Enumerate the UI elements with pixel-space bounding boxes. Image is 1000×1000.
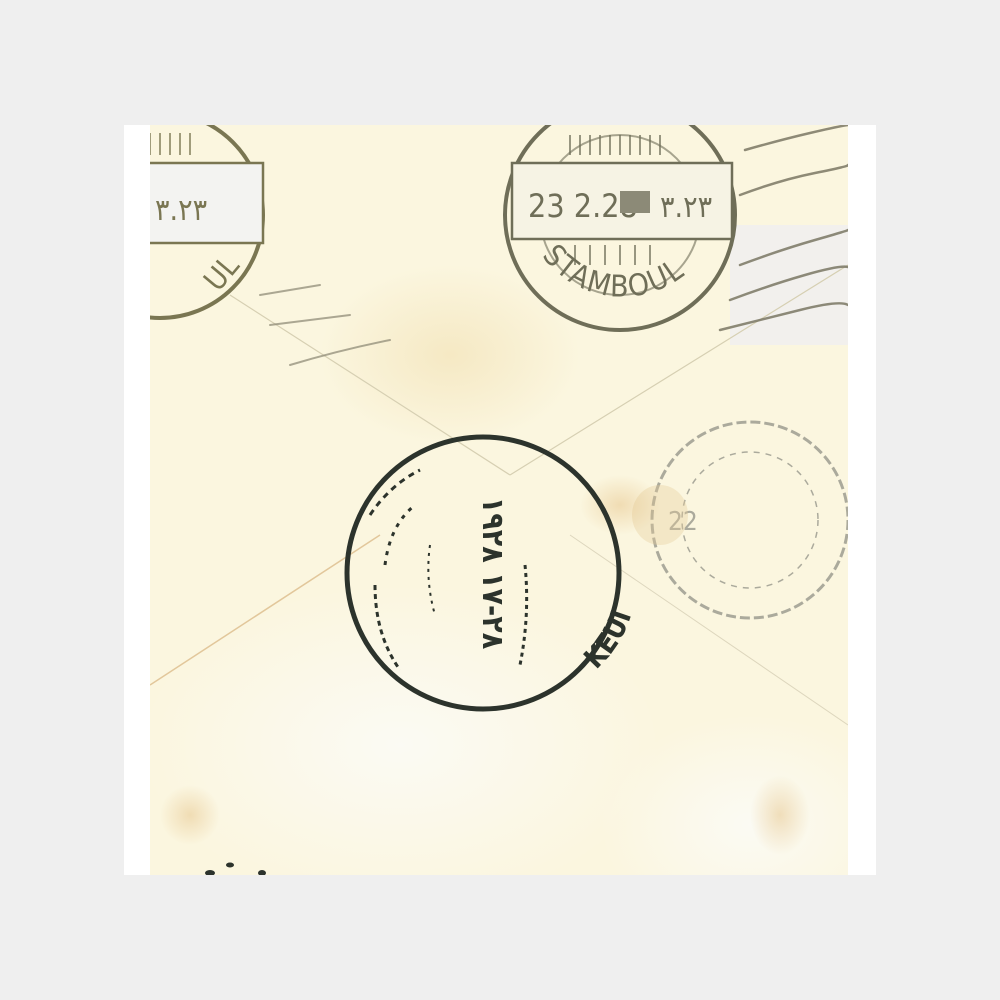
- envelope-illustration: 23 2.28 ٣.٢٣ STAMBOUL ٣.٢٣ UL 22: [150, 125, 848, 875]
- postmark-arabic-date: ٣.٢٣: [660, 190, 712, 225]
- envelope-photo: 23 2.28 ٣.٢٣ STAMBOUL ٣.٢٣ UL 22: [150, 125, 848, 875]
- postmark-date: ٢٨-١٧ ١٩٢٨: [475, 497, 510, 650]
- postmark-arabic-date: ٣.٢٣: [155, 193, 207, 228]
